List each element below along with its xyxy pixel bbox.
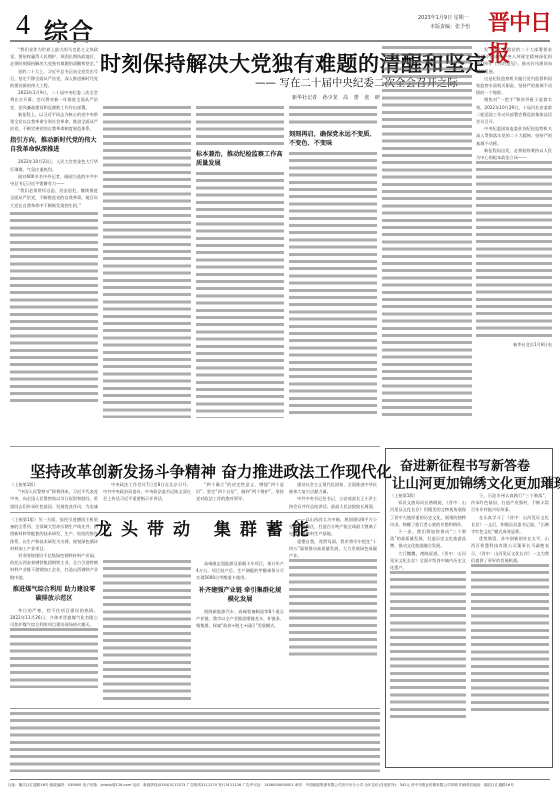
paragraph: 中央政法工作会议7日至8日在北京召开。中共中央政治局委员、中央政法委书记陈文清在… (103, 481, 191, 503)
paragraph: 大行魏魏，褚晓说道。《晋中：山河见证文化长存》全面介绍晋中域内历史文化遗产。 (390, 550, 466, 572)
box-headline-line2: 让山河更加锦绣文化更加璀璨 (392, 472, 560, 492)
paragraph: 冬日的严寒，挡不住项目建设的热情。2022年11月26日，介休市晋盛煤气化有限公… (10, 607, 98, 629)
lead-story-column-3: 标本兼治，推动纪检监察工作高质量发展 (196, 106, 284, 418)
paragraph: 中央纪委国家监委驻各纪检监察机关深入贯彻落实党的二十大精神，坚持严的基调不动摇。 (476, 125, 552, 147)
body-text-block (103, 106, 191, 418)
story4-text-block (10, 712, 380, 772)
paragraph: 高端液态氢能源及重载卡车项目，预计年产4万台。项目投产后，生产调配的甲醇乘务分可… (196, 560, 284, 582)
story3-subhead-1: 推进煤气综合利用 助力建设零碳排放示范区 (10, 585, 98, 603)
header-rule (10, 40, 550, 42)
lead-dateline: 新华社北京1月8日电 (476, 341, 552, 348)
body-text-block (289, 152, 377, 418)
paragraph: 子，石圪乡州认真践行“三个聚落”，传承红色基因、打造产业强村，不断丰富百年乡村振… (471, 492, 549, 514)
paragraph: 2022年10月23日，人民大会堂金色大厅华灯璀璨、气氛庄重热烈。 (10, 158, 98, 172)
page-number: 4 (16, 10, 30, 42)
lead-byline: 新华社记者 孙少龙 高 蕾 张 研 (292, 94, 380, 101)
lead-subhead-2: 标本兼治，推动纪检监察工作高质量发展 (196, 150, 284, 168)
body-text-block (10, 628, 98, 688)
paragraph: 聚焦对“一把手”和领导班子监督实效，2022年10月29日，十届河北省委第二轮巡… (476, 96, 552, 125)
story3-continued: （上接第1版）另一方面，依托引进德国主机装备的全系列、全领域大型冲压钢生产线先导… (10, 516, 98, 552)
body-text-block (476, 161, 552, 341)
paragraph: 发《关于贯彻党的二十大部署要求 做到不会质变中央八项规定精神深化纠治“四风”工作… (476, 46, 552, 75)
lead-story-column-6: 发《关于贯彻党的二十大部署要求 做到不会质变中央八项规定精神深化纠治“四风”工作… (476, 46, 552, 446)
paragraph: “中国人民警察节”即将到来，习近平代表党中央，向全国人民警察致以节日祝贺和慰问，… (10, 488, 98, 511)
paragraph: 面对600多名中外记者，刚刚当选的中共中央总书记习近平铿锵有力—— (10, 173, 98, 187)
box-column-2: 子，石圪乡州认真践行“三个聚落”，传承红色基因、打造产业强村，不断丰富百年乡村振… (471, 492, 549, 764)
story3-column-4: ——以山西尚太为中轴，规划建设8平方公里的产业园区，打造百万吨产能全球最大锂离子… (289, 516, 377, 700)
story2-column-2: 中央政法工作会议7日至8日在北京召开。中共中央政治局委员、中央政法委书记陈文清在… (103, 481, 191, 511)
footer-imprint: 社址：榆次区汇通路16号 邮政编码：030600 电子信箱：jzdaily@12… (8, 783, 553, 788)
continued-label: （上接第1版） (10, 481, 98, 488)
body-text-block (10, 212, 98, 402)
issue-date: 2023年1月9日 星期一 (418, 14, 469, 21)
lead-intro: “我们党作为世界上最大的马克思主义执政党，要始终赢得人民拥护、巩固长期执政地位，… (10, 46, 98, 68)
paragraph: 新征程再出发，必须始终秉持以人民为中心的根本政治立场—— (476, 147, 552, 161)
paragraph: 优势聚富，昔中创新创业在太平。山西百智慧科技有限公司董事长马淑艳表示，《晋中：山… (471, 535, 549, 564)
section-divider (10, 708, 380, 709)
lead-story-column-4: 刻刻再启，确保党永远不变质、不变色、不变味 (289, 106, 377, 418)
paragraph: 新征程上，以习近平同志为核心的党中央带领全党以自我革命引领社会革命，推进全面从严… (10, 111, 98, 133)
story2-headline: 坚持改革创新发扬斗争精神 奋力推进政法工作现代化 (30, 460, 392, 482)
body-text-block (103, 560, 191, 700)
story2-column-1: （上接第1版） “中国人民警察节”即将到来，习近平代表党中央，向全国人民警察致以… (10, 481, 98, 511)
body-text-block (289, 559, 377, 659)
editor-credit: 本版责编：张予怡 (430, 23, 470, 30)
paragraph: 中共中央书记处书记、公安部部长王小洪主持会议并作总结讲话。最高人民法院院长周强、… (289, 495, 377, 511)
lead-subhead-3: 刻刻再启，确保党永远不变质、不变色、不变味 (289, 130, 377, 148)
story3-headline: 龙头带动 集群蓄能 (95, 515, 318, 540)
body-text-block (390, 571, 466, 721)
paragraph: “我们必须常怀远虑、居安思危，继续推进全面从严治党，不断推进党的自我革命，使百年… (10, 187, 98, 209)
lead-story-column-1: “我们党作为世界上最大的马克思主义执政党，要始终赢得人民拥护、巩固长期执政地位，… (10, 46, 98, 418)
paragraph: 在认真学习了《晋中：山河见证文化长存》一文后，和顺县县委书记说，“石佛寺红色文化… (471, 514, 549, 536)
masthead: 4 综合 2023年1月9日 星期一 本版责编：张予怡 晋中日报 (0, 0, 560, 42)
box-column-1: （上接第1版） 祁县文旅局局长褚晓说，《晋中：山河见证文化长存》用精美的文物视角… (390, 492, 466, 764)
story2-column-3: “两个确立”的决定性意义，增强“四个意识”、坚定“四个自信”、做到“两个维护”，… (196, 481, 284, 511)
paragraph: 党的二十大上，习近平总书记向全党发出号召，坚定不移全面从严治党，深入推进新时代党… (10, 68, 98, 90)
paragraph: 建设社会主义现代化国家、全面推进中华民族伟大复兴贡献力量。 (289, 481, 377, 495)
body-text-block (289, 106, 377, 126)
lead-subhead-1: 指引方向，推动新时代党的伟大自我革命纵深推进 (10, 136, 98, 154)
section-divider (10, 512, 380, 513)
paragraph: 下一步，我们将加快推动“三个聚落”的高质量发展，打造历史文化旅游品牌，推动文化旅… (390, 528, 466, 550)
body-text-block (382, 46, 472, 418)
body-text-block (196, 172, 284, 418)
body-text-block (196, 106, 284, 146)
paragraph: 祁县文旅局局长褚晓说，《晋中：山河见证文化长存》用精美的文物视角展现了晋中大地厚… (390, 499, 466, 528)
story2-column-4: 建设社会主义现代化国家、全面推进中华民族伟大复兴贡献力量。 中共中央书记处书记、… (289, 481, 377, 511)
paragraph: 围绕新能源汽车、高端装备制造等8个重点产业链，我市以全产业链思维链龙头、补链条、… (196, 608, 284, 630)
paragraph: 这是纪检监察机关履行党内监督和国家监察专责机关职责、坚持严的基调不动摇的一个缩影… (476, 75, 552, 97)
paragraph: ——以山西尚太为中轴，规划建设8平方公里的产业园区，打造百万吨产能全球最大锂离子… (289, 516, 377, 538)
section-divider (10, 446, 380, 447)
paragraph: 2023年1月9日，二十届中央纪委二次全会将在京开幕。会议将对新一年推进全面从严… (10, 89, 98, 111)
footer-rule (10, 779, 550, 780)
body-text-block (10, 712, 380, 772)
story3-subhead-2: 补齐建强产业链 牵引集群化规模化发展 (196, 586, 284, 604)
story3-column-3: 高端液态氢能源及重载卡车项目，预计年产4万台。项目投产后，生产调配的甲醇乘务分可… (196, 560, 284, 700)
paragraph: “两个确立”的决定性意义，增强“四个意识”、坚定“四个自信”、做到“两个维护”，… (196, 481, 284, 503)
paragraph: 晋市围绕建设千亿级绿色钢铁材料产业园，依托山西安泰钢铁集团钢铁主业，全力引进特钢… (10, 552, 98, 581)
lead-story-column-5 (382, 46, 472, 418)
lead-story-column-2 (103, 106, 191, 418)
body-text-block (471, 564, 549, 714)
story3-column-2 (103, 560, 191, 700)
box-continued: （上接第1版） (390, 492, 466, 499)
paragraph: 重塑自我，茂然笃弱。我市将牢牢把住“十四五”谋划推动高质量发展，大力发展绿色低碳… (289, 538, 377, 560)
